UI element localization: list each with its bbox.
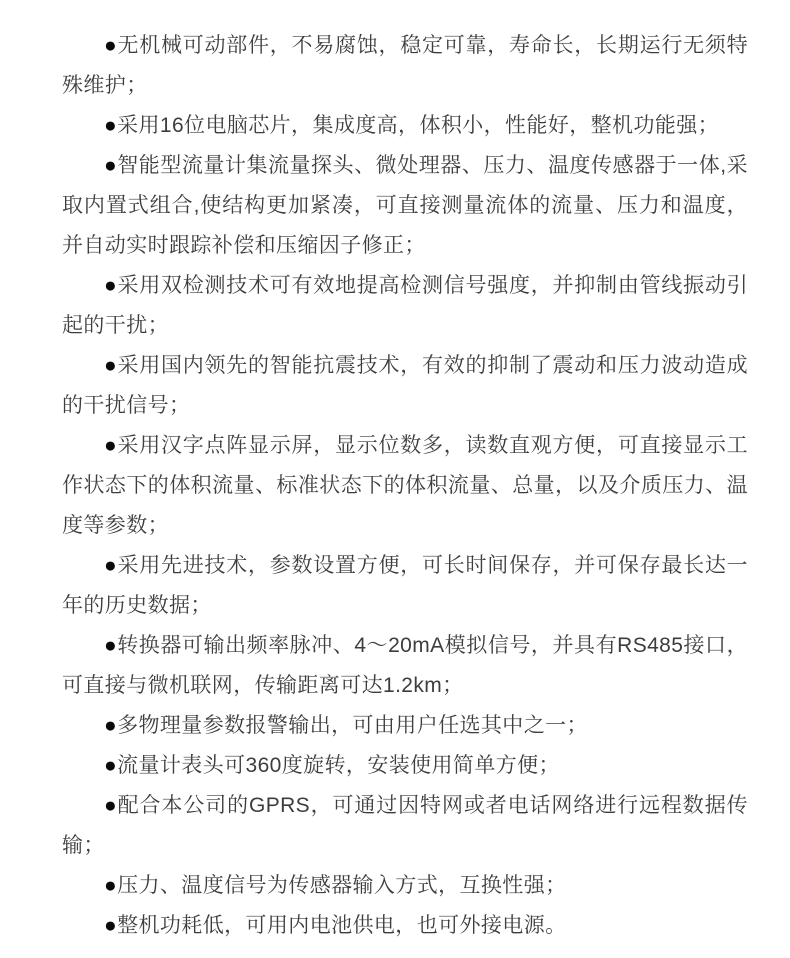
bullet-icon: ● bbox=[104, 34, 117, 57]
feature-text: 采用16位电脑芯片，集成度高，体积小，性能好，整机功能强； bbox=[117, 114, 719, 137]
bullet-icon: ● bbox=[104, 634, 117, 657]
feature-text: 采用汉字点阵显示屏，显示位数多，读数直观方便，可直接显示工作状态下的体积流量、标… bbox=[62, 434, 748, 537]
bullet-icon: ● bbox=[104, 114, 117, 137]
feature-item: ●无机械可动部件，不易腐蚀，稳定可靠，寿命长，长期运行无须特殊维护； bbox=[62, 26, 748, 106]
feature-item: ●转换器可输出频率脉冲、4～20mA模拟信号，并具有RS485接口，可直接与微机… bbox=[62, 626, 748, 706]
bullet-icon: ● bbox=[104, 554, 117, 577]
feature-list: ●无机械可动部件，不易腐蚀，稳定可靠，寿命长，长期运行无须特殊维护； ●采用16… bbox=[62, 26, 748, 946]
feature-text: 采用先进技术，参数设置方便，可长时间保存，并可保存最长达一年的历史数据； bbox=[62, 554, 748, 617]
bullet-icon: ● bbox=[104, 154, 117, 177]
feature-item: ●配合本公司的GPRS，可通过因特网或者电话网络进行远程数据传输； bbox=[62, 786, 748, 866]
feature-text: 流量计表头可360度旋转，安装使用简单方便； bbox=[117, 754, 560, 777]
feature-item: ●流量计表头可360度旋转，安装使用简单方便； bbox=[62, 746, 748, 786]
bullet-icon: ● bbox=[104, 914, 117, 937]
feature-text: 采用国内领先的智能抗震技术，有效的抑制了震动和压力波动造成的干扰信号； bbox=[62, 354, 748, 417]
feature-text: 智能型流量计集流量探头、微处理器、压力、温度传感器于一体,采取内置式组合,使结构… bbox=[62, 154, 748, 257]
feature-text: 整机功耗低，可用内电池供电，也可外接电源。 bbox=[117, 914, 566, 937]
feature-item: ●采用双检测技术可有效地提高检测信号强度，并抑制由管线振动引起的干扰； bbox=[62, 266, 748, 346]
bullet-icon: ● bbox=[104, 754, 117, 777]
document-page: ●无机械可动部件，不易腐蚀，稳定可靠，寿命长，长期运行无须特殊维护； ●采用16… bbox=[0, 0, 790, 958]
bullet-icon: ● bbox=[104, 354, 117, 377]
feature-text: 采用双检测技术可有效地提高检测信号强度，并抑制由管线振动引起的干扰； bbox=[62, 274, 748, 337]
feature-item: ●采用16位电脑芯片，集成度高，体积小，性能好，整机功能强； bbox=[62, 106, 748, 146]
feature-item: ●多物理量参数报警输出，可由用户任选其中之一； bbox=[62, 706, 748, 746]
bullet-icon: ● bbox=[104, 434, 117, 457]
bullet-icon: ● bbox=[104, 714, 117, 737]
feature-item: ●采用国内领先的智能抗震技术，有效的抑制了震动和压力波动造成的干扰信号； bbox=[62, 346, 748, 426]
feature-text: 压力、温度信号为传感器输入方式，互换性强； bbox=[117, 874, 566, 897]
feature-item: ●压力、温度信号为传感器输入方式，互换性强； bbox=[62, 866, 748, 906]
bullet-icon: ● bbox=[104, 874, 117, 897]
bullet-icon: ● bbox=[104, 274, 117, 297]
feature-text: 转换器可输出频率脉冲、4～20mA模拟信号，并具有RS485接口，可直接与微机联… bbox=[62, 634, 748, 697]
feature-item: ●采用汉字点阵显示屏，显示位数多，读数直观方便，可直接显示工作状态下的体积流量、… bbox=[62, 426, 748, 546]
feature-item: ●采用先进技术，参数设置方便，可长时间保存，并可保存最长达一年的历史数据； bbox=[62, 546, 748, 626]
feature-text: 配合本公司的GPRS，可通过因特网或者电话网络进行远程数据传输； bbox=[62, 794, 748, 857]
bullet-icon: ● bbox=[104, 794, 118, 817]
feature-text: 多物理量参数报警输出，可由用户任选其中之一； bbox=[117, 714, 588, 737]
feature-text: 无机械可动部件，不易腐蚀，稳定可靠，寿命长，长期运行无须特殊维护； bbox=[62, 34, 748, 97]
feature-item: ●智能型流量计集流量探头、微处理器、压力、温度传感器于一体,采取内置式组合,使结… bbox=[62, 146, 748, 266]
feature-item: ●整机功耗低，可用内电池供电，也可外接电源。 bbox=[62, 906, 748, 946]
